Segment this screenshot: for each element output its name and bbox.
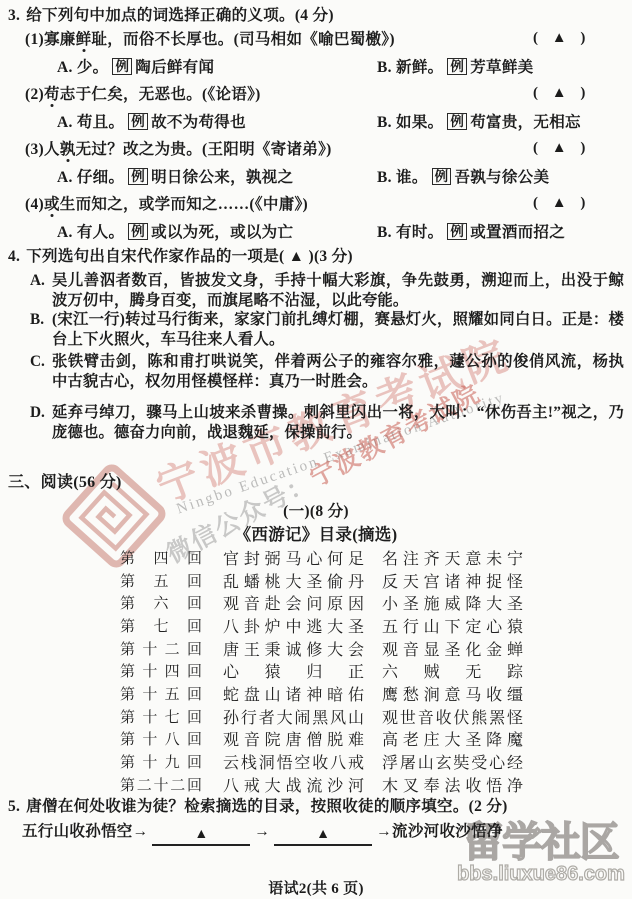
chapter-number: 第五回 [120,570,202,591]
table-row: 第十九回云栈洞悟空收八戒浮屠山玄奘受心经 [120,750,524,773]
q3-item-4-label: (4) [25,196,44,213]
exam-paper-page: 宁波市教育考试院 Ningbo Education Examination Au… [0,0,632,899]
option-a-label: A. [57,224,73,241]
chapter-title-right: 观音显圣化金蝉 [382,637,523,660]
example-box-icon: 例 [447,113,467,130]
option-a-example: 或以为死，或以为亡 [151,224,293,241]
option-a-gloss: 苟且。 [77,114,124,131]
q3-item-3-answer-blank: ( ▲ ) [533,140,585,157]
chapter-title-left: 孙行者大闹黑风山 [223,705,364,728]
q5-sequence-end: 流沙河收沙悟净 [392,823,503,840]
q3-stem: 3.给下列句中加点的词选择正确的义项。(4 分) [8,6,334,26]
option-b-example: 苟富贵，无相忘 [470,114,581,131]
q3-item-2-post: 志于仁矣，无恶也。(《论语》) [60,86,261,103]
q3-item-2-label: (2) [25,86,44,103]
q3-item-4-dotted-word: 或 [44,196,60,213]
q3-item-1-dotted-word: 鲜 [76,31,92,48]
option-b-gloss: 有时。 [396,224,443,241]
chapter-number: 第六回 [120,592,202,613]
q5-stem: 5.唐僧在何处收谁为徒？检索摘选的目录，按照收徒的顺序填空。(2 分) [8,797,508,817]
chapter-title-right: 六贼无踪 [382,659,523,682]
chapter-number: 第十九回 [120,751,202,772]
chapter-title-left: 观音赴会问原因 [223,591,364,614]
q3-item-4-option-b: B. 有时。例或置酒而招之 [377,223,565,243]
option-b-example: 吾孰与徐公美 [454,169,549,186]
option-a-label: A. [57,114,73,131]
option-b-label: B. [30,310,44,330]
example-box-icon: 例 [128,113,148,130]
chapter-number: 第七回 [120,615,202,636]
q3-item-1-post: 耻，而俗不长厚也。(司马相如《喻巴蜀檄》) [91,31,394,48]
chapter-title-left: 八戒大战流沙河 [223,773,364,796]
table-row: 第十二回唐王秉诚修大会观音显圣化金蝉 [120,637,524,660]
arrow-icon: → [376,823,392,840]
q4-stem-text: 下列选句出自宋代作家作品的一项是( ▲ )(3 分) [26,248,353,265]
q3-item-1: (1)寡廉鲜耻，而俗不长厚也。(司马相如《喻巴蜀檄》) [25,30,395,50]
option-a-example: 陶后鲜有闻 [135,59,214,76]
q3-item-1-answer-blank: ( ▲ ) [533,30,585,47]
q3-item-3-options: A. 仔细。例明日徐公来，孰视之 B. 谁。例吾孰与徐公美 [57,168,632,188]
q3-item-3: (3)人孰无过？改之为贵。(王阳明《寄诸弟》) [25,140,332,160]
chapter-title-right: 名注齐天意未宁 [382,546,523,569]
q3-item-3-post: 无过？改之为贵。(王阳明《寄诸弟》) [76,141,332,158]
chapter-number: 第二十二回 [120,774,202,795]
chapter-title-left: 观音院唐僧脱难 [223,727,364,750]
table-row: 第五回乱蟠桃大圣偷丹反天宫诸神捉怪 [120,569,524,592]
chapter-title-right: 木叉奉法收悟净 [382,773,523,796]
table-row: 第十七回孙行者大闹黑风山观世音收伏熊罴怪 [120,705,524,728]
q3-item-3-dotted-word: 孰 [60,141,76,158]
chapter-title-left: 官封弼马心何足 [223,546,364,569]
q3-item-3-pre: 人 [44,141,60,158]
chapter-title-right: 高老庄大圣降魔 [382,727,523,750]
example-box-icon: 例 [447,223,467,240]
q3-item-3-label: (3) [25,141,44,158]
chapter-number: 第十四回 [120,660,202,681]
q4-option-a: A. 吴儿善泅者数百，皆披发文身，手持十幅大彩旗，争先鼓勇，溯迎而上，出没于鲸波… [30,271,626,310]
q3-item-2-answer-blank: ( ▲ ) [533,85,585,102]
option-b-label: B. [377,169,392,186]
option-a-label: A. [57,169,73,186]
q3-item-1-label: (1) [25,31,44,48]
chapter-number: 第四回 [120,547,202,568]
chapter-title-right: 五行山下定心猿 [382,614,523,637]
option-b-text: (宋江一行)转过马行街来，家家门前扎缚灯棚，赛悬灯火，照耀如同白日。正是：楼台上… [52,310,624,349]
q3-item-4-answer-blank: ( ▲ ) [533,195,585,212]
watermark-agency-name-english: Ningbo Education Examination Authority [175,379,540,519]
q4-option-b: B. (宋江一行)转过马行街来，家家门前扎缚灯棚，赛悬灯火，照耀如同白日。正是：… [30,310,626,349]
chapter-title-right: 观世音收伏熊罴怪 [382,705,523,728]
option-a-text: 吴儿善泅者数百，皆披发文身，手持十幅大彩旗，争先鼓勇，溯迎而上，出没于鲸波万仞中… [52,271,624,310]
option-d-text: 延弃弓绰刀，骤马上山坡来杀曹操。刺斜里闪出一将，大叫：“休伤吾主!”视之，乃庞德… [52,403,624,442]
chapter-title-right: 鹰愁涧意马收缰 [382,682,523,705]
q3-number: 3. [8,6,20,26]
table-row: 第十五回蛇盘山诸神暗佑鹰愁涧意马收缰 [120,682,524,705]
q4-option-d: D. 延弃弓绰刀，骤马上山坡来杀曹操。刺斜里闪出一将，大叫：“休伤吾主!”视之，… [30,403,626,442]
q3-item-1-option-b: B. 新鲜。例芳草鲜美 [377,58,533,78]
option-b-gloss: 如果。 [396,114,443,131]
option-b-label: B. [377,114,392,131]
chapter-title-left: 八卦炉中逃大圣 [223,614,364,637]
example-box-icon: 例 [447,58,467,75]
q3-item-4: (4)或生而知之，或学而知之……(《中庸》) [25,195,308,215]
chapter-number: 第十八回 [120,728,202,749]
q3-item-2-options: A. 苟且。例故不为苟得也 B. 如果。例苟富贵，无相忘 [57,113,632,133]
q5-sequence: 五行山收孙悟空→▲→▲→流沙河收沙悟净 [22,822,503,846]
chapter-title-left: 乱蟠桃大圣偷丹 [223,569,364,592]
q3-item-1-options: A. 少。例陶后鲜有闻 B. 新鲜。例芳草鲜美 [57,58,632,78]
q3-item-3-option-b: B. 谁。例吾孰与徐公美 [377,168,549,188]
option-b-gloss: 谁。 [396,169,428,186]
q5-fill-blank-1: ▲ [152,826,250,846]
chapter-title-right: 小圣施威降大圣 [382,591,523,614]
q4-stem: 4.下列选句出自宋代作家作品的一项是( ▲ )(3 分) [8,247,353,267]
option-c-text: 张铁臂击剑，陈和甫打哄说笑，伴着两公子的雍容尔雅，蘧公孙的俊俏风流，杨执中古貌古… [52,352,624,391]
option-c-label: C. [30,352,45,372]
table-row: 第十四回心猿归正六贼无踪 [120,659,524,682]
q3-item-4-options: A. 有人。例或以为死，或以为亡 B. 有时。例或置酒而招之 [57,223,632,243]
option-b-example: 芳草鲜美 [470,59,533,76]
q3-item-1-pre: 寡廉 [44,31,76,48]
table-row: 第七回八卦炉中逃大圣五行山下定心猿 [120,614,524,637]
option-a-label: A. [57,59,73,76]
chapter-number: 第十二回 [120,638,202,659]
q5-stem-text: 唐僧在何处收谁为徒？检索摘选的目录，按照收徒的顺序填空。(2 分) [26,798,507,815]
q5-number: 5. [8,797,20,817]
option-b-gloss: 新鲜。 [396,59,443,76]
arrow-icon: → [133,823,149,840]
option-a-gloss: 有人。 [77,224,124,241]
example-box-icon: 例 [128,223,148,240]
chapter-title-right: 浮屠山玄奘受心经 [382,750,523,773]
table-row: 第二十二回八戒大战流沙河木叉奉法收悟净 [120,773,524,796]
option-a-example: 故不为苟得也 [151,114,246,131]
q3-item-2: (2)苟志于仁矣，无恶也。(《论语》) [25,85,261,105]
q5-fill-blank-2: ▲ [274,826,372,846]
option-a-gloss: 仔细。 [77,169,124,186]
table-row: 第十八回观音院唐僧脱难高老庄大圣降魔 [120,728,524,751]
chapter-title-left: 心猿归正 [223,659,364,682]
page-footer: 语试2(共 6 页) [0,879,632,899]
example-box-icon: 例 [432,168,452,185]
option-a-example: 明日徐公来，孰视之 [151,169,293,186]
option-a-label: A. [30,271,45,291]
directory-title: 《西游记》目录(摘选) [0,525,632,545]
section-3-part-label: (一)(8 分) [0,502,632,522]
chapter-title-right: 反天宫诸神捉怪 [382,569,523,592]
chapter-title-left: 蛇盘山诸神暗佑 [223,682,364,705]
example-box-icon: 例 [128,168,148,185]
section-3-title: 三、阅读(56 分) [8,473,122,493]
option-a-gloss: 少。 [77,59,109,76]
arrow-icon: → [254,823,270,840]
q3-item-4-post: 生而知之，或学而知之……(《中庸》) [60,196,308,213]
chapter-title-left: 唐王秉诚修大会 [223,637,364,660]
option-b-label: B. [377,59,392,76]
chapter-title-left: 云栈洞悟空收八戒 [223,750,364,773]
table-row: 第四回官封弼马心何足名注齐天意未宁 [120,546,524,569]
q3-item-2-dotted-word: 苟 [44,86,60,103]
example-box-icon: 例 [112,58,132,75]
table-row: 第六回观音赴会问原因小圣施威降大圣 [120,591,524,614]
chapter-number: 第十五回 [120,683,202,704]
option-b-example: 或置酒而招之 [470,224,565,241]
option-b-label: B. [377,224,392,241]
xiyouji-directory-table: 第四回官封弼马心何足名注齐天意未宁 第五回乱蟠桃大圣偷丹反天宫诸神捉怪 第六回观… [120,546,524,796]
chapter-number: 第十七回 [120,706,202,727]
q3-stem-text: 给下列句中加点的词选择正确的义项。(4 分) [26,7,334,24]
q4-number: 4. [8,247,20,267]
option-d-label: D. [30,403,45,423]
q5-sequence-start: 五行山收孙悟空 [22,823,133,840]
q4-option-c: C. 张铁臂击剑，陈和甫打哄说笑，伴着两公子的雍容尔雅，蘧公孙的俊俏风流，杨执中… [30,352,626,391]
q3-item-2-option-b: B. 如果。例苟富贵，无相忘 [377,113,581,133]
